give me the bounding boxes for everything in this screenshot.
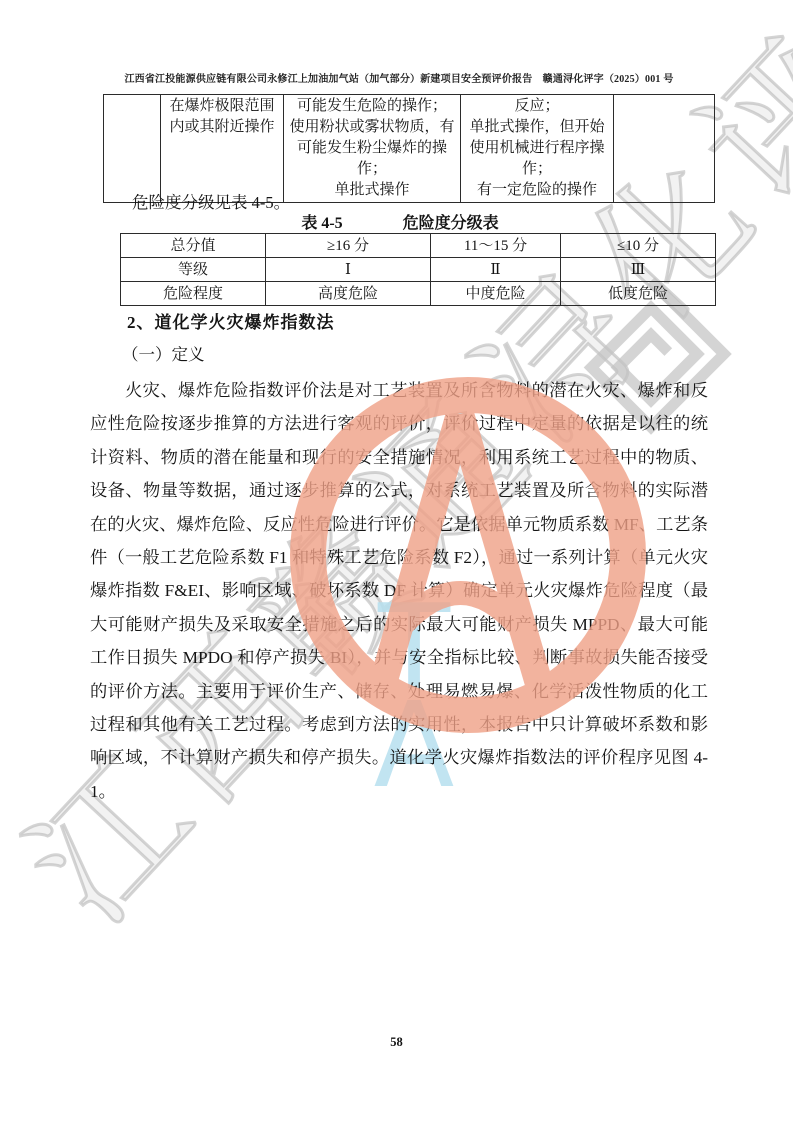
section-heading: 2、道化学火灾爆炸指数法 xyxy=(127,308,335,333)
table-caption: 表 4-5 危险度分级表 xyxy=(30,210,770,233)
table-cell xyxy=(614,95,715,203)
section-subheading: （一）定义 xyxy=(122,341,205,365)
report-page: 江西赣通浔化评价有限公司 T A 江西省江投能源供应链有限公司永修江上加油加气站… xyxy=(0,0,793,1122)
definition-paragraph: 火灾、爆炸危险指数评价法是对工艺装置及所含物料的潜在火灾、爆炸和反应性危险按逐步… xyxy=(90,374,708,808)
table-cell: Ⅱ xyxy=(431,258,561,282)
table-row: 在爆炸极限范围 内或其附近操作 可能发生危险的操作； 使用粉状或雾状物质，有可能… xyxy=(104,95,715,203)
table-cell: 11～15 分 xyxy=(431,234,561,258)
table-row: 总分值 ≥16 分 11～15 分 ≤10 分 xyxy=(121,234,716,258)
table-cell: 总分值 xyxy=(121,234,266,258)
table-cell: ≤10 分 xyxy=(561,234,716,258)
table-cell: 中度危险 xyxy=(431,282,561,306)
table-cell: ≥16 分 xyxy=(266,234,431,258)
page-header: 江西省江投能源供应链有限公司永修江上加油加气站（加气部分）新建项目安全预评价报告… xyxy=(88,70,710,85)
table-caption-title: 危险度分级表 xyxy=(403,215,499,232)
table-cell: 可能发生危险的操作； 使用粉状或雾状物质，有可能发生粉尘爆炸的操作； 单批式操作 xyxy=(284,95,461,203)
table-cell: 在爆炸极限范围 内或其附近操作 xyxy=(161,95,284,203)
table-cell: 反应； 单批式操作，但开始使用机械进行程序操作； 有一定危险的操作 xyxy=(461,95,614,203)
table-cell xyxy=(104,95,161,203)
operation-hazard-table: 在爆炸极限范围 内或其附近操作 可能发生危险的操作； 使用粉状或雾状物质，有可能… xyxy=(103,94,715,203)
page-content: 江西省江投能源供应链有限公司永修江上加油加气站（加气部分）新建项目安全预评价报告… xyxy=(0,0,793,1122)
table-cell: Ⅰ xyxy=(266,258,431,282)
table-cell: Ⅲ xyxy=(561,258,716,282)
table-row: 等级 Ⅰ Ⅱ Ⅲ xyxy=(121,258,716,282)
table-row: 危险程度 高度危险 中度危险 低度危险 xyxy=(121,282,716,306)
table-cell: 低度危险 xyxy=(561,282,716,306)
table-caption-label: 表 4-5 xyxy=(301,215,342,232)
table-cell: 危险程度 xyxy=(121,282,266,306)
table-cell: 等级 xyxy=(121,258,266,282)
page-number: 58 xyxy=(0,1035,793,1050)
risk-grade-table: 总分值 ≥16 分 11～15 分 ≤10 分 等级 Ⅰ Ⅱ Ⅲ 危险程度 高度… xyxy=(120,233,716,306)
table-cell: 高度危险 xyxy=(266,282,431,306)
